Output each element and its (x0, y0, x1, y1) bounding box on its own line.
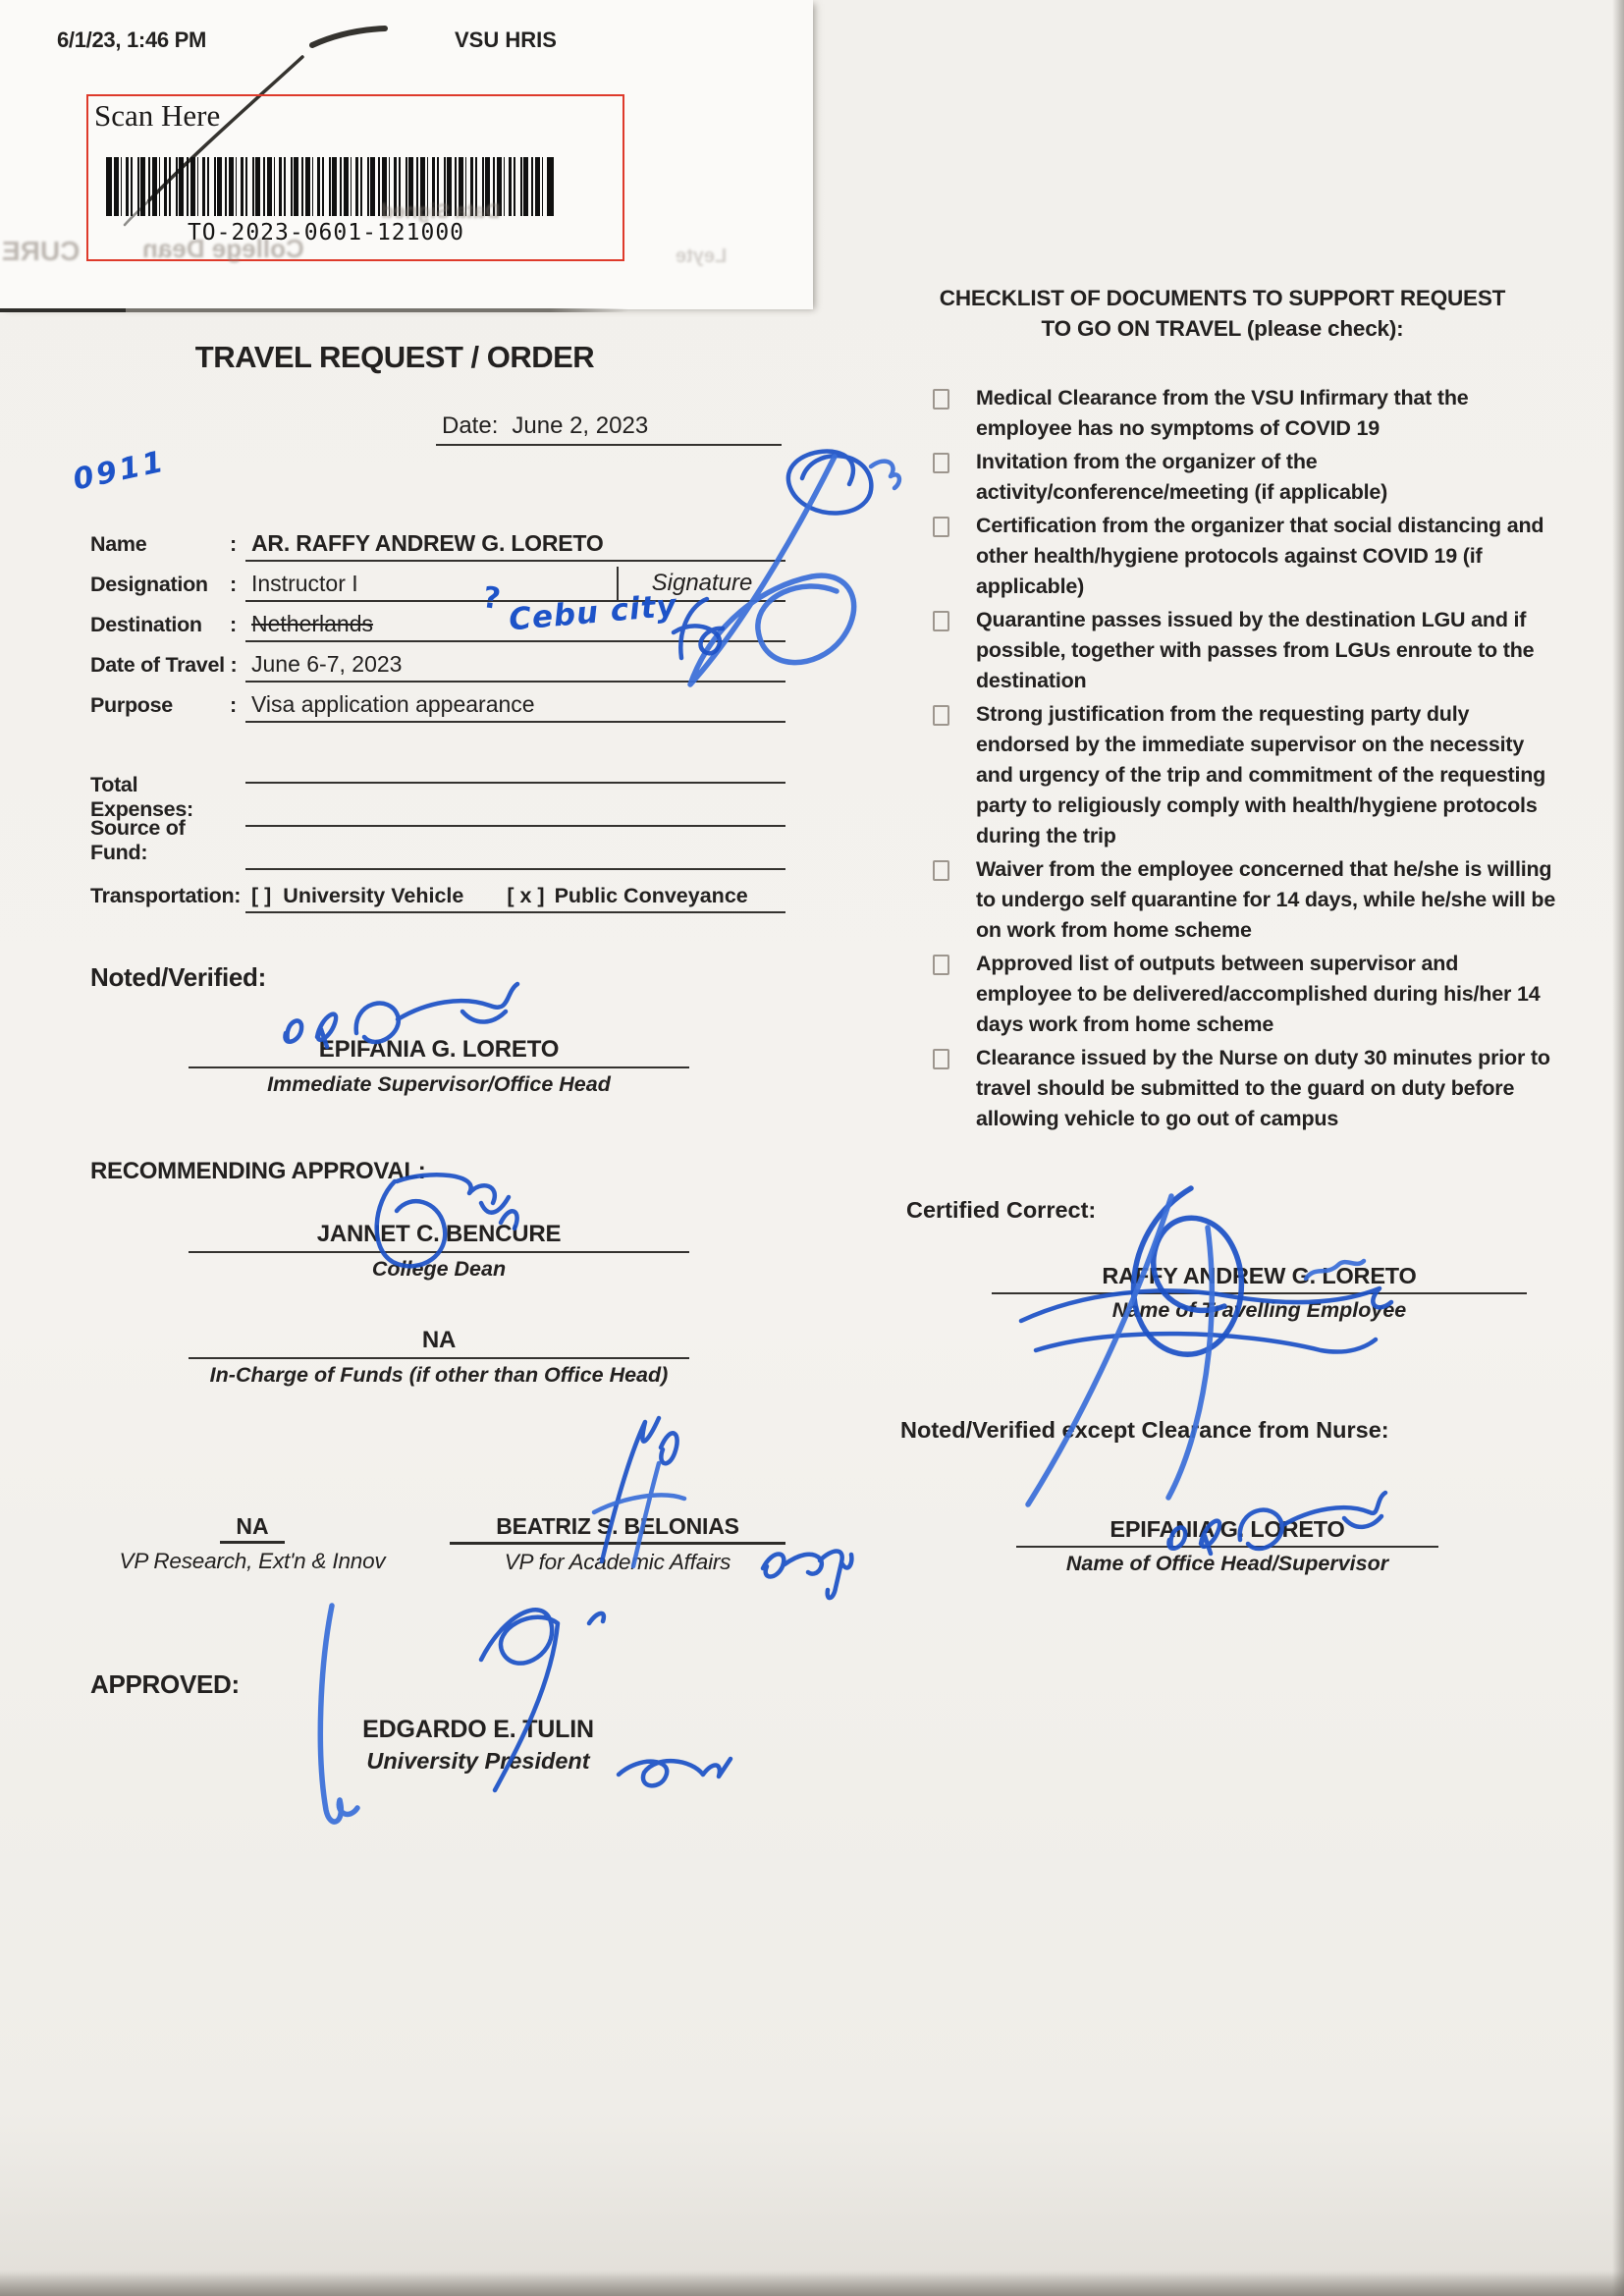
supervisor-name: EPIFANIA G. LORETO (189, 1036, 689, 1068)
vp-research-name: NA (220, 1513, 284, 1544)
destination-label: Destination (90, 613, 230, 642)
barcode-number: TO-2023-0601-121000 (88, 220, 564, 246)
vp-academic-block: BEATRIZ S. BELONIAS VP for Academic Affa… (450, 1513, 785, 1575)
travel-request-form: TRAVEL REQUEST / ORDER Date:June 2, 2023… (90, 334, 785, 1775)
field-row-destination: Destination : Netherlands (90, 602, 785, 642)
office-head-name: EPIFANIA G. LORETO (1016, 1516, 1438, 1548)
form-title: TRAVEL REQUEST / ORDER (149, 340, 640, 375)
checklist-item: Invitation from the organizer of the act… (889, 447, 1556, 508)
checklist-column: CHECKLIST OF DOCUMENTS TO SUPPORT REQUES… (889, 283, 1556, 1576)
field-row-purpose: Purpose : Visa application appearance (90, 683, 785, 723)
vp-research-role: VP Research, Ext'n & Innov (90, 1549, 414, 1574)
checklist-items: Medical Clearance from the VSU Infirmary… (889, 383, 1556, 1134)
travelling-employee-name: RAFFY ANDREW G. LORETO (992, 1263, 1527, 1294)
president-name: EDGARDO E. TULIN (306, 1716, 650, 1744)
vp-academic-name: BEATRIZ S. BELONIAS (450, 1513, 785, 1545)
checklist-item: Quarantine passes issued by the destinat… (889, 605, 1556, 696)
checkbox-empty-icon (933, 453, 949, 473)
date-value: June 2, 2023 (512, 412, 648, 439)
purpose-label: Purpose (90, 693, 230, 723)
checkbox-empty-icon (933, 860, 949, 881)
source-of-fund-label: Source of Fund: (90, 816, 245, 870)
dean-name: JANNET C. BENCURE (189, 1221, 689, 1253)
checklist-item: Waiver from the employee concerned that … (889, 854, 1556, 946)
office-head-block: EPIFANIA G. LORETO Name of Office Head/S… (1016, 1516, 1438, 1576)
name-value: AR. RAFFY ANDREW G. LORETO (245, 530, 785, 560)
field-row-transportation: Transportation: [ ]University Vehicle[ x… (90, 870, 785, 913)
receipt-slip: 6/1/23, 1:46 PM VSU HRIS Scan Here TO-20… (0, 0, 813, 309)
receipt-bottom-edge (0, 308, 636, 312)
source-of-fund-value (245, 865, 785, 868)
vp-approvals-row: NA VP Research, Ext'n & Innov BEATRIZ S.… (90, 1513, 785, 1575)
noted-except-heading: Noted/Verified except Clearance from Nur… (900, 1417, 1556, 1444)
funds-incharge-block: NA In-Charge of Funds (if other than Off… (189, 1327, 689, 1388)
date-line: Date:June 2, 2023 (436, 412, 782, 446)
checkbox-empty-icon (933, 517, 949, 537)
field-row-designation: Designation : Instructor I Signature (90, 562, 785, 602)
checklist-item: Medical Clearance from the VSU Infirmary… (889, 383, 1556, 444)
president-role: University President (306, 1748, 650, 1775)
president-signature-block: EDGARDO E. TULIN University President (306, 1716, 650, 1775)
signature-cell-label: Signature (617, 567, 785, 600)
travel-date-value: June 6-7, 2023 (245, 651, 785, 681)
checkbox-empty-icon (933, 1049, 949, 1069)
noted-verified-heading: Noted/Verified: (90, 962, 785, 993)
funds-incharge-role: In-Charge of Funds (if other than Office… (189, 1363, 689, 1388)
scanned-travel-order-page: 6/1/23, 1:46 PM VSU HRIS Scan Here TO-20… (0, 0, 1624, 2296)
checkbox-empty-icon (933, 705, 949, 726)
purpose-value: Visa application appearance (245, 691, 785, 721)
name-label: Name (90, 532, 230, 562)
checklist-item: Strong justification from the requesting… (889, 699, 1556, 851)
university-vehicle-option: University Vehicle (283, 884, 463, 907)
checkbox-empty-icon (933, 611, 949, 631)
supervisor-signature-block: EPIFANIA G. LORETO Immediate Supervisor/… (189, 1036, 689, 1097)
certified-correct-heading: Certified Correct: (906, 1197, 1556, 1224)
vp-research-block: NA VP Research, Ext'n & Innov (90, 1513, 414, 1575)
travel-date-label: Date of Travel : (90, 653, 245, 683)
scan-here-label: Scan Here (94, 98, 220, 134)
travelling-employee-role: Name of Travelling Employee (992, 1298, 1527, 1323)
field-row-travel-date: Date of Travel : June 6-7, 2023 (90, 642, 785, 683)
barcode (106, 157, 554, 216)
checklist-item: Clearance issued by the Nurse on duty 30… (889, 1043, 1556, 1134)
field-row-source-of-fund: Source of Fund: (90, 827, 785, 870)
supervisor-role: Immediate Supervisor/Office Head (189, 1072, 689, 1097)
approved-heading: APPROVED: (90, 1669, 785, 1700)
checklist-title: CHECKLIST OF DOCUMENTS TO SUPPORT REQUES… (889, 283, 1556, 344)
scan-here-box: Scan Here TO-2023-0601-121000 (86, 94, 624, 261)
designation-label: Designation (90, 573, 230, 602)
transportation-label: Transportation: (90, 884, 245, 913)
travelling-employee-block: RAFFY ANDREW G. LORETO Name of Travellin… (992, 1263, 1527, 1323)
field-row-name: Name : AR. RAFFY ANDREW G. LORETO (90, 503, 785, 562)
checklist-item: Certification from the organizer that so… (889, 511, 1556, 602)
public-conveyance-option: Public Conveyance (555, 884, 748, 907)
office-head-role: Name of Office Head/Supervisor (1016, 1552, 1438, 1576)
funds-incharge-name: NA (189, 1327, 689, 1359)
date-label: Date: (442, 412, 498, 439)
checkbox-empty-icon (933, 389, 949, 410)
recommending-approval-heading: RECOMMENDING APPROVAL: (90, 1158, 785, 1185)
dean-signature-block: JANNET C. BENCURE College Dean (189, 1221, 689, 1282)
dean-role: College Dean (189, 1257, 689, 1282)
designation-value: Instructor I (245, 571, 617, 600)
form-fields: Name : AR. RAFFY ANDREW G. LORETO Design… (90, 503, 785, 913)
public-conveyance-checkbox: [ x ] (507, 884, 544, 907)
vp-academic-role: VP for Academic Affairs (450, 1550, 785, 1575)
destination-value-struck: Netherlands (251, 611, 373, 636)
total-expenses-value (245, 822, 785, 825)
checklist-item: Approved list of outputs between supervi… (889, 949, 1556, 1040)
checkbox-empty-icon (933, 955, 949, 975)
university-vehicle-checkbox: [ ] (251, 884, 271, 907)
